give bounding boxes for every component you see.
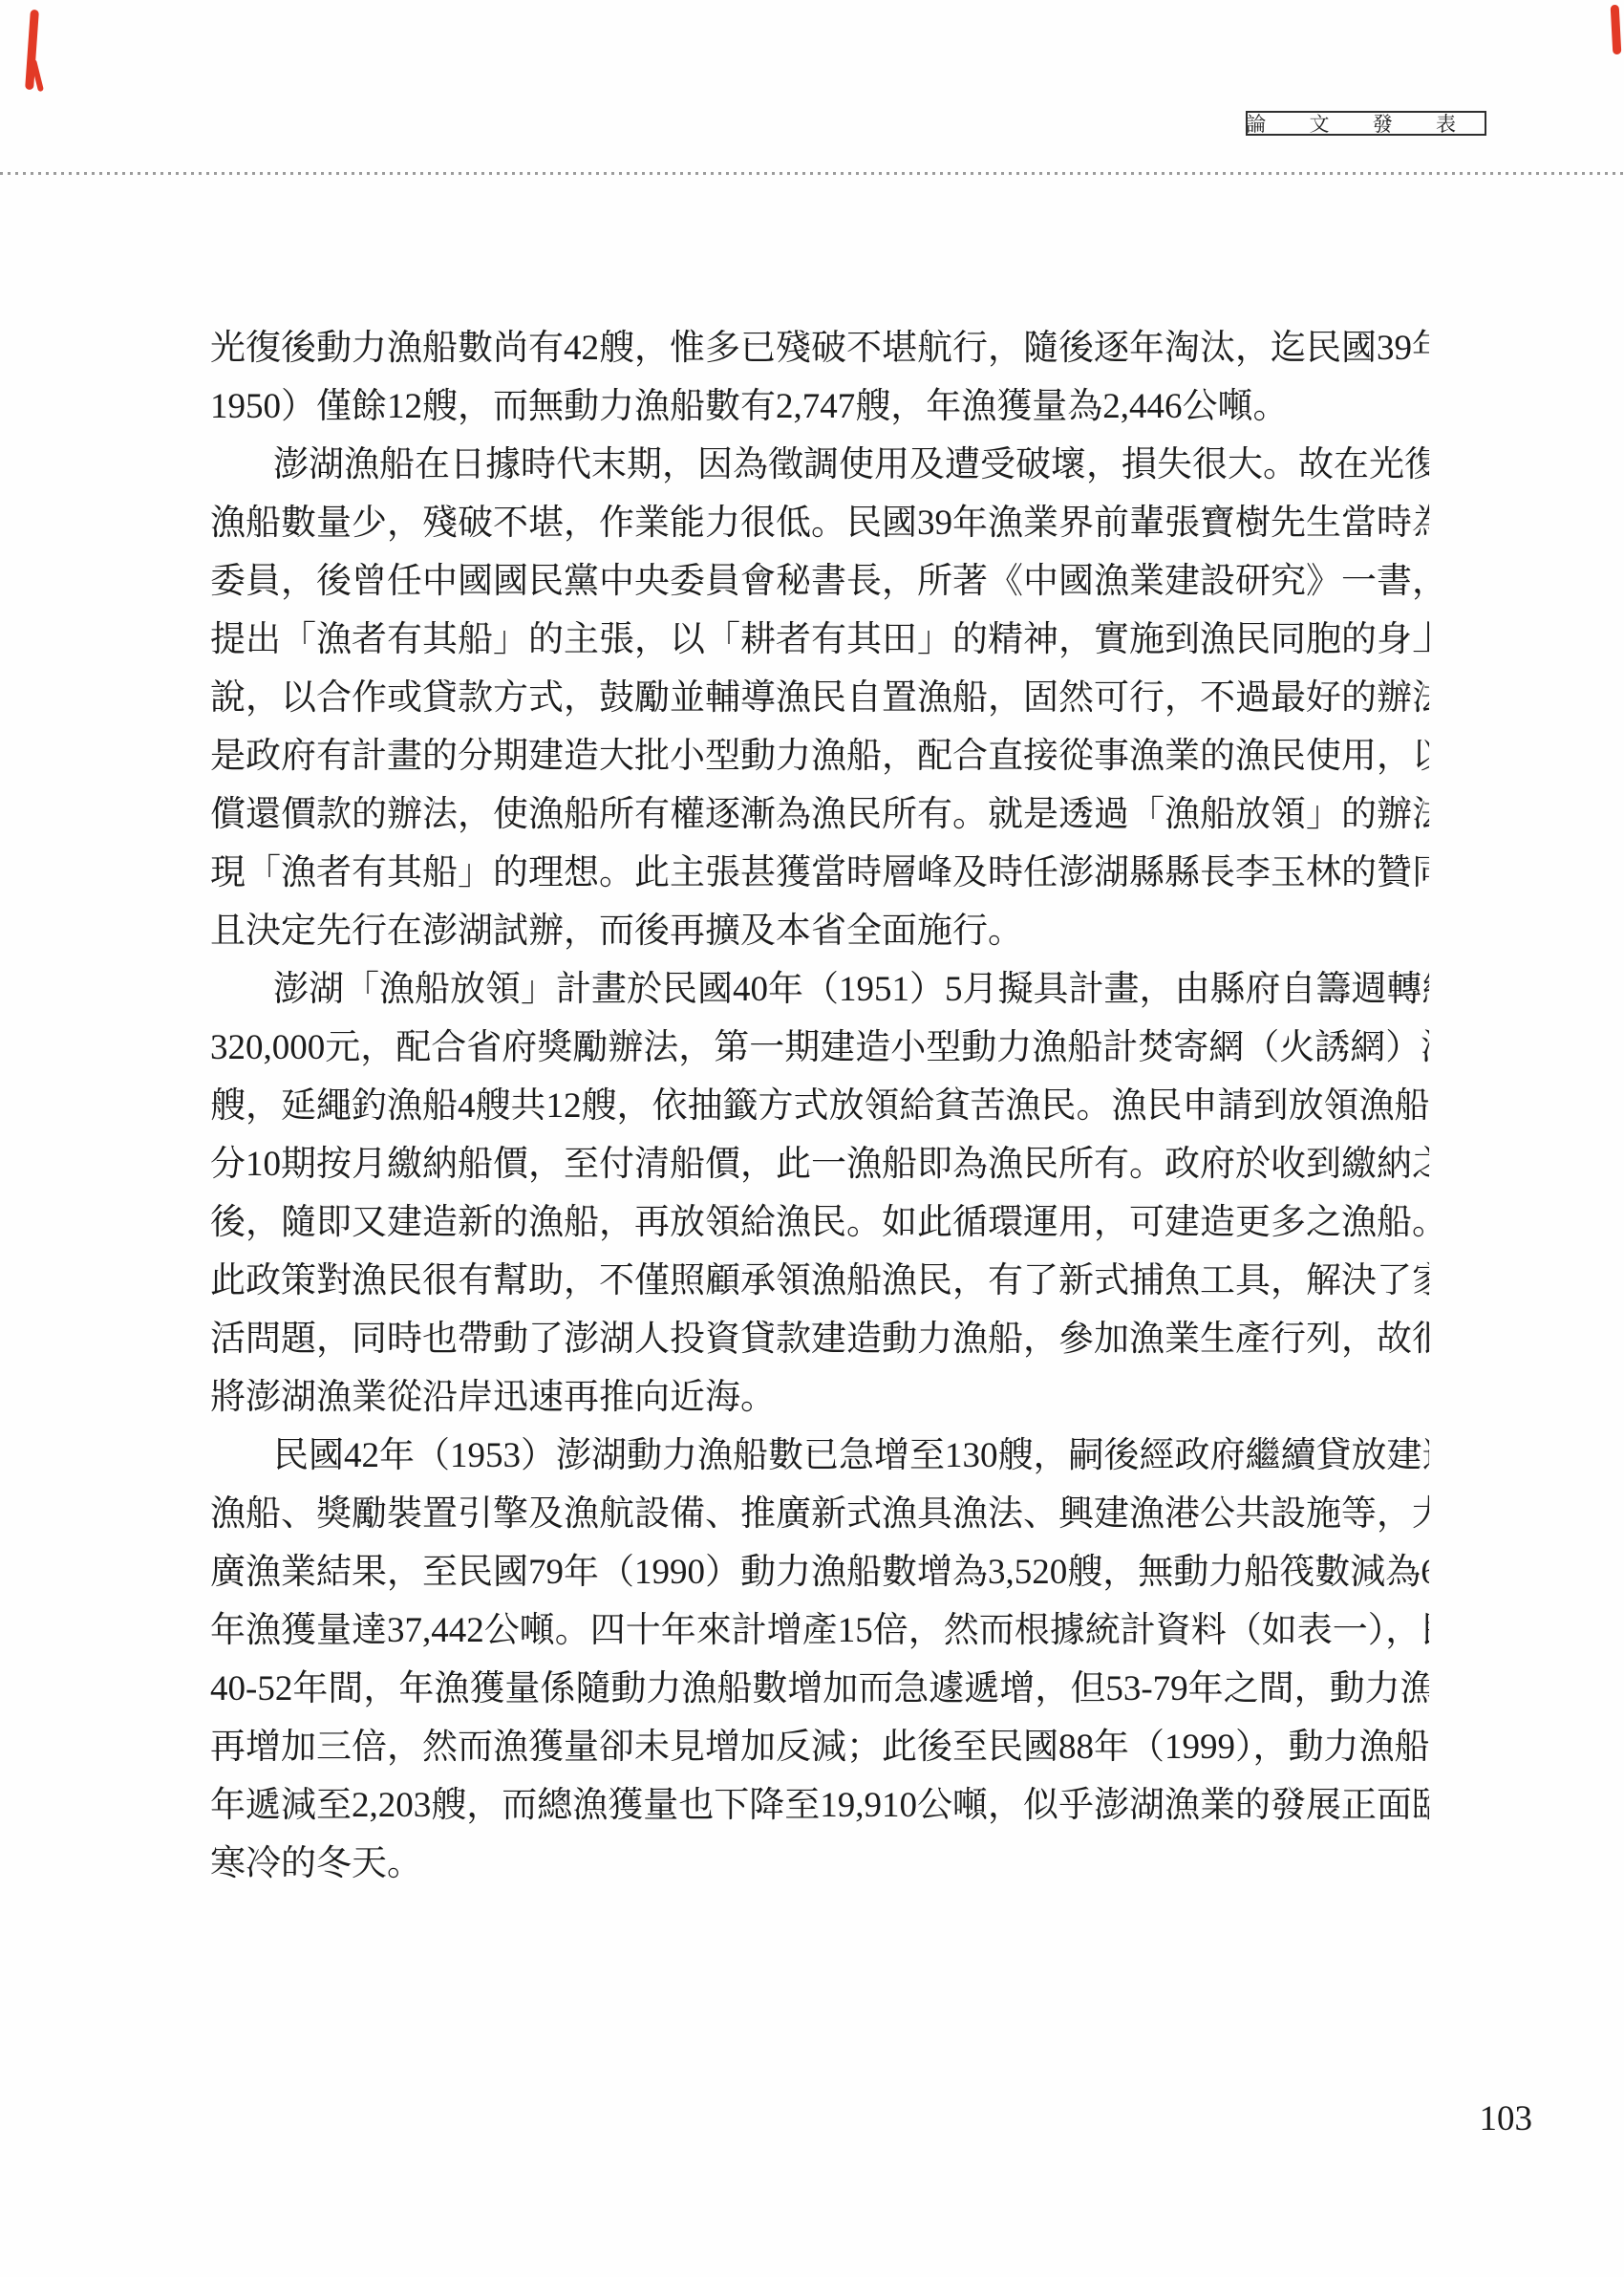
document-page: 論 文 發 表 光復後動力漁船數尚有42艘，惟多已殘破不堪航行，隨後逐年淘汰，迄… xyxy=(0,0,1624,2277)
body-line: 說，以合作或貸款方式，鼓勵並輔導漁民自置漁船，固然可行，不過最好的辦法，還 xyxy=(210,669,1429,727)
body-line: 是政府有計畫的分期建造大批小型動力漁船，配合直接從事漁業的漁民使用，以分期 xyxy=(210,727,1429,785)
body-line: 現「漁者有其船」的理想。此主張甚獲當時層峰及時任澎湖縣縣長李玉林的贊同，並 xyxy=(210,844,1429,902)
body-line: 年漁獲量達37,442公噸。四十年來計增產15倍，然而根據統計資料（如表一），民… xyxy=(210,1601,1429,1660)
body-text-block: 光復後動力漁船數尚有42艘，惟多已殘破不堪航行，隨後逐年淘汰，迄民國39年（19… xyxy=(210,319,1429,1893)
body-line: 1950）僅餘12艘，而無動力漁船數有2,747艘，年漁獲量為2,446公噸。 xyxy=(210,377,1429,436)
body-line: 漁船、獎勵裝置引擎及漁航設備、推廣新式漁具漁法、興建漁港公共設施等，大力推 xyxy=(210,1485,1429,1543)
body-line: 活問題，同時也帶動了澎湖人投資貸款建造動力漁船，參加漁業生產行列，故很快的 xyxy=(210,1310,1429,1368)
body-line: 將澎湖漁業從沿岸迅速再推向近海。 xyxy=(210,1368,1429,1427)
body-line: 廣漁業結果，至民國79年（1990）動力漁船數增為3,520艘，無動力船筏數減為… xyxy=(210,1543,1429,1601)
body-line: 40-52年間，年漁獲量係隨動力漁船數增加而急遽遞增，但53-79年之間，動力漁… xyxy=(210,1660,1429,1718)
body-line: 償還價款的辦法，使漁船所有權逐漸為漁民所有。就是透過「漁船放領」的辦法，實 xyxy=(210,785,1429,844)
body-line: 寒冷的冬天。 xyxy=(210,1835,1429,1893)
red-pen-mark-top-right xyxy=(1611,5,1622,54)
body-line: 320,000元，配合省府獎勵辦法，第一期建造小型動力漁船計焚寄網（火誘網）漁船… xyxy=(210,1019,1429,1077)
page-number: 103 xyxy=(1471,2098,1532,2139)
body-line: 提出「漁者有其船」的主張，以「耕者有其田」的精神，實施到漁民同胞的身上，他 xyxy=(210,611,1429,669)
body-line: 澎湖「漁船放領」計畫於民國40年（1951）5月擬具計畫，由縣府自籌週轉經費 xyxy=(210,960,1429,1019)
body-line: 且決定先行在澎湖試辦，而後再擴及本省全面施行。 xyxy=(210,902,1429,960)
body-line: 後，隨即又建造新的漁船，再放領給漁民。如此循環運用，可建造更多之漁船。由於 xyxy=(210,1193,1429,1252)
body-line: 此政策對漁民很有幫助，不僅照顧承領漁船漁民，有了新式捕魚工具，解決了家屬生 xyxy=(210,1252,1429,1310)
dotted-divider xyxy=(0,172,1624,175)
body-line: 漁船數量少，殘破不堪，作業能力很低。民國39年漁業界前輩張寶樹先生當時為立法 xyxy=(210,494,1429,552)
body-line: 澎湖漁船在日據時代末期，因為徵調使用及遭受破壞，損失很大。故在光復之初 xyxy=(210,436,1429,494)
body-line: 艘，延繩釣漁船4艘共12艘，依抽籤方式放領給貧苦漁民。漁民申請到放領漁船以後， xyxy=(210,1077,1429,1135)
body-line: 委員，後曾任中國國民黨中央委員會秘書長，所著《中國漁業建設研究》一書，具體 xyxy=(210,552,1429,611)
section-header-label: 論 文 發 表 xyxy=(1246,109,1475,138)
section-header-box: 論 文 發 表 xyxy=(1246,111,1486,136)
body-line: 分10期按月繳納船價，至付清船價，此一漁船即為漁民所有。政府於收到繳納之款項 xyxy=(210,1135,1429,1193)
body-line: 再增加三倍，然而漁獲量卻未見增加反減；此後至民國88年（1999），動力漁船數逐 xyxy=(210,1718,1429,1776)
body-line: 年遞減至2,203艘，而總漁獲量也下降至19,910公噸，似乎澎湖漁業的發展正面… xyxy=(210,1776,1429,1835)
body-line: 民國42年（1953）澎湖動力漁船數已急增至130艘，嗣後經政府繼續貸放建造動力 xyxy=(210,1427,1429,1485)
body-line: 光復後動力漁船數尚有42艘，惟多已殘破不堪航行，隨後逐年淘汰，迄民國39年（ xyxy=(210,319,1429,377)
